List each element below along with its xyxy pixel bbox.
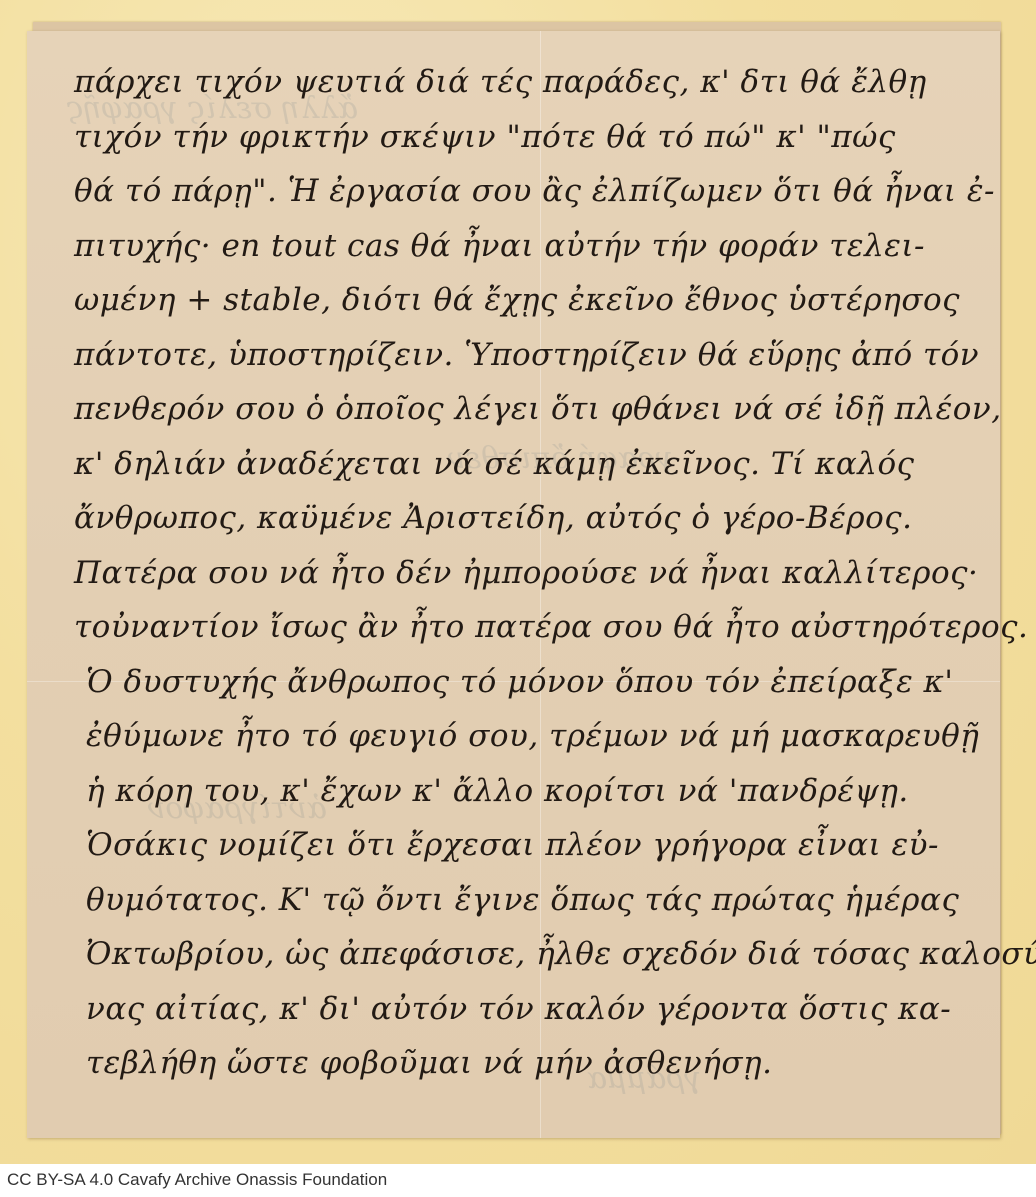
text-line-17: Ὀκτωβρίου, ὡς ἀπεφάσισε, ἦλθε σχεδόν διά… bbox=[74, 927, 994, 982]
text-line-12: Ὁ δυστυχής ἄνθρωπος τό μόνον ὅπου τόν ἐπ… bbox=[74, 655, 994, 710]
text-line-9: ἄνθρωπος, καϋμένε Ἀριστείδη, αὐτός ὁ γέρ… bbox=[74, 491, 994, 546]
text-line-15: Ὁσάκις νομίζει ὅτι ἔρχεσαι πλέον γρήγορα… bbox=[74, 818, 994, 873]
text-line-1: πάρχει τιχόν ψευτιά διά τές παράδες, κ' … bbox=[74, 55, 994, 110]
text-line-13: ἐθύμωνε ἦτο τό φευγιό σου, τρέμων νά μή … bbox=[74, 709, 994, 764]
license-caption: CC BY-SA 4.0 Cavafy Archive Onassis Foun… bbox=[7, 1170, 387, 1190]
text-line-4: πιτυχής· en tout cas θά ἦναι αὐτήν τήν φ… bbox=[74, 219, 994, 274]
text-line-3: θά τό πάρῃ". Ἡ ἐργασία σου ἂς ἐλπίζωμεν … bbox=[74, 164, 994, 219]
text-line-18: νας αἰτίας, κ' δι' αὐτόν τόν καλόν γέρον… bbox=[74, 982, 994, 1037]
handwritten-text-block: πάρχει τιχόν ψευτιά διά τές παράδες, κ' … bbox=[74, 55, 994, 1091]
text-line-2: τιχόν τήν φρικτήν σκέψιν "πότε θά τό πώ"… bbox=[74, 110, 994, 165]
text-line-5: ωμένη + stable, διότι θά ἔχῃς ἐκεῖνο ἔθν… bbox=[74, 273, 994, 328]
text-line-10: Πατέρα σου νά ἦτο δέν ἠμπορούσε νά ἦναι … bbox=[74, 546, 994, 601]
text-line-16: θυμότατος. Κ' τῷ ὄντι ἔγινε ὅπως τάς πρώ… bbox=[74, 873, 994, 928]
text-line-11: τοὐναντίον ἴσως ἂν ἦτο πατέρα σου θά ἦτο… bbox=[74, 600, 994, 655]
text-line-19: τεβλήθη ὥστε φοβοῦμαι νά μήν ἀσθενήσῃ. bbox=[74, 1036, 994, 1091]
archive-mount-background: ἄλλη σελίς γραφῆς γραφή ὄπισθεν ἀντίγραφ… bbox=[0, 0, 1036, 1164]
text-line-14: ἡ κόρη του, κ' ἔχων κ' ἄλλο κορίτσι νά '… bbox=[74, 764, 994, 819]
text-line-7: πενθερόν σου ὁ ὁποῖος λέγει ὅτι φθάνει ν… bbox=[74, 382, 994, 437]
text-line-6: πάντοτε, ὑποστηρίζειν. Ὑποστηρίζειν θά ε… bbox=[74, 328, 994, 383]
text-line-8: κ' δηλιάν ἀναδέχεται νά σέ κάμῃ ἐκεῖνος.… bbox=[74, 437, 994, 492]
